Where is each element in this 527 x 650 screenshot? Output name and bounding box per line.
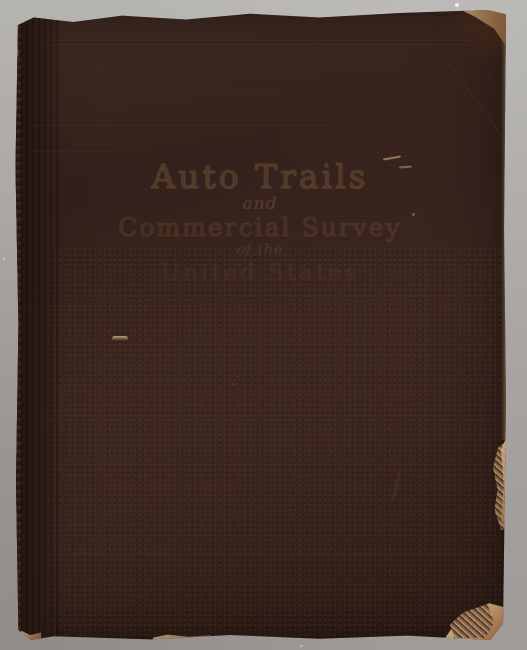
right-edge-tear xyxy=(493,440,508,530)
scratch-nick xyxy=(112,336,128,341)
crease-right-diagonal xyxy=(444,61,521,162)
top-right-corner-shadow xyxy=(436,10,506,70)
bottom-right-corner-weave xyxy=(450,604,494,638)
leather-grain-texture xyxy=(14,249,506,640)
crease-top xyxy=(34,40,477,42)
crease-mid-left xyxy=(74,291,119,293)
crease-upper-left xyxy=(30,125,325,127)
title-line-1: Auto Trails xyxy=(14,160,506,193)
crease-vertical-1 xyxy=(64,23,66,628)
crease-lower xyxy=(72,553,492,555)
title-line-3: Commercial Survey xyxy=(14,214,506,242)
spine-frayed-edge xyxy=(14,10,21,640)
bottom-edge-tear xyxy=(153,634,211,640)
surface-speck xyxy=(300,645,303,647)
scratch-speck xyxy=(232,383,234,385)
title-line-2: and xyxy=(14,194,506,214)
scratch-faint xyxy=(391,470,402,502)
book-cover: Auto Trails and Commercial Survey of the… xyxy=(14,10,506,640)
title-line-4: of the xyxy=(14,242,506,259)
title-line-5: United States xyxy=(14,259,506,288)
cover-title: Auto Trails and Commercial Survey of the… xyxy=(14,160,506,287)
surface-speck xyxy=(455,3,459,7)
crease-middle xyxy=(34,420,487,422)
photo-background: Auto Trails and Commercial Survey of the… xyxy=(0,0,527,650)
crease-vertical-3 xyxy=(117,29,119,621)
surface-speck xyxy=(3,258,5,260)
crease-vertical-2 xyxy=(92,35,94,621)
